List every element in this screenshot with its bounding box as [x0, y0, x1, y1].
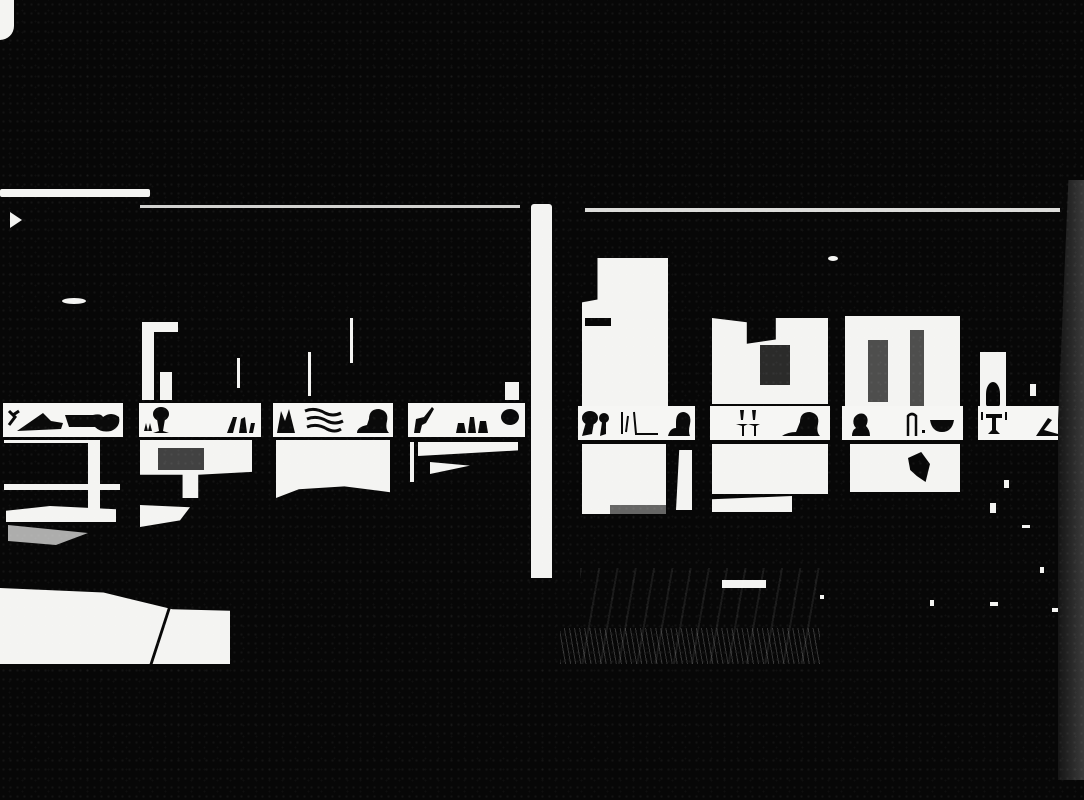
- lower-window-post: [88, 440, 100, 512]
- speck: [1040, 567, 1044, 573]
- window-shadow: [910, 330, 924, 406]
- window-light: [308, 352, 311, 396]
- lower-window: [850, 444, 960, 492]
- lower-window: [430, 462, 470, 474]
- reclining-figure-icon: [3, 403, 123, 437]
- lower-window: [418, 442, 518, 456]
- window-shadow: [868, 340, 888, 402]
- lower-window: [582, 444, 666, 514]
- photograph: High-contrast black-and-white photograph…: [0, 0, 1084, 800]
- pictogram-panel-2: [139, 403, 261, 437]
- window-light: [160, 372, 172, 400]
- speck: [820, 595, 824, 599]
- window-shadow: [760, 345, 790, 385]
- grass-texture: [560, 628, 820, 664]
- bowl-icon: [842, 406, 963, 440]
- vessels-icon: [408, 403, 525, 437]
- canopy-edge-line: [140, 205, 520, 208]
- pictogram-panel-5: [578, 406, 695, 440]
- window-light: [62, 298, 86, 304]
- tree-icon: [139, 403, 261, 437]
- speck: [990, 503, 996, 513]
- speck: [1022, 525, 1030, 528]
- window-light: [350, 318, 353, 363]
- window-light: [505, 382, 519, 400]
- lower-window: [4, 440, 100, 443]
- window-light: [142, 330, 154, 400]
- lower-window-post: [410, 442, 414, 482]
- right-edge-wall: [1058, 180, 1084, 780]
- speck: [1004, 480, 1009, 488]
- window-light: [237, 358, 240, 388]
- speck: [1030, 384, 1036, 396]
- pictogram-panel-3: [273, 403, 393, 437]
- upper-window: [582, 258, 668, 406]
- window-mullion: [585, 318, 611, 326]
- lower-window: [4, 484, 120, 490]
- lower-window: [276, 440, 390, 498]
- left-corner-fragment: [10, 212, 22, 228]
- lower-window: [140, 505, 190, 527]
- lower-window: [712, 444, 828, 494]
- central-column: [531, 204, 552, 578]
- pictogram-panel-4: [408, 403, 525, 437]
- lower-window: [712, 496, 792, 512]
- silhouette-head: [986, 382, 1000, 406]
- lower-window-post: [676, 450, 692, 510]
- ceiling-light: [828, 256, 838, 261]
- reeds-icon: [578, 406, 695, 440]
- paired-columns-icon: [710, 406, 830, 440]
- window-shadow: [158, 448, 204, 470]
- ground-reflection: [0, 588, 230, 664]
- canopy-edge-line-right: [585, 208, 1060, 212]
- pictogram-panel-1: [3, 403, 123, 437]
- speck: [930, 600, 934, 606]
- speck: [1052, 608, 1058, 612]
- canopy-edge: [0, 189, 150, 197]
- pictogram-panel-6: [710, 406, 830, 440]
- speck: [990, 602, 998, 606]
- window-shadow: [610, 505, 666, 515]
- water-waves-icon: [273, 403, 393, 437]
- lower-window-reflection: [8, 525, 88, 545]
- corner-highlight: [0, 0, 14, 40]
- upper-window: [845, 316, 960, 406]
- pictogram-panel-7: [842, 406, 963, 440]
